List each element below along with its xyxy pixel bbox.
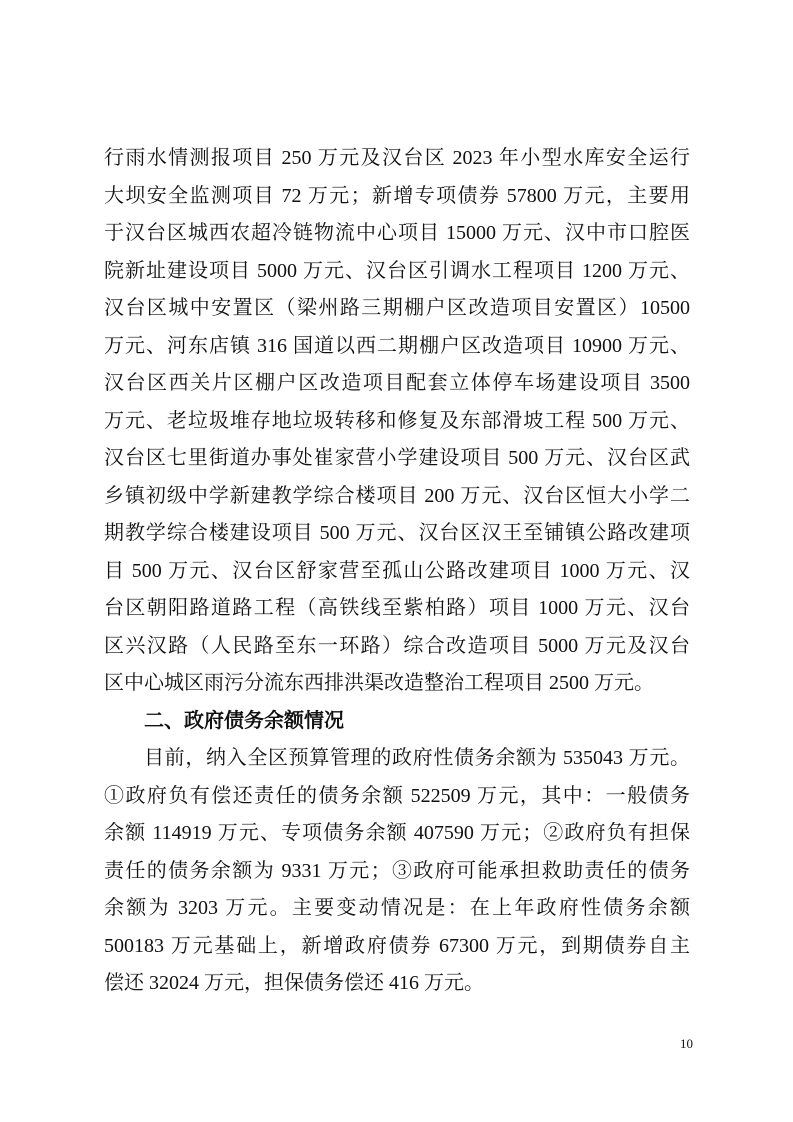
body-line: 余额为 3203 万元。主要变动情况是：在上年政府性债务余额 (104, 890, 690, 928)
body-line: 余额 114919 万元、专项债务余额 407590 万元；②政府负有担保 (104, 815, 690, 853)
body-line: 区兴汉路（人民路至东一环路）综合改造项目 5000 万元及汉台 (104, 628, 690, 666)
document-page: 行雨水情测报项目 250 万元及汉台区 2023 年小型水库安全运行 大坝安全监… (0, 0, 793, 1122)
body-line: 目 500 万元、汉台区舒家营至孤山公路改建项目 1000 万元、汉 (104, 553, 690, 591)
section-heading: 二、政府债务余额情况 (104, 703, 690, 741)
body-line: 汉台区西关片区棚户区改造项目配套立体停车场建设项目 3500 (104, 365, 690, 403)
body-line: 台区朝阳路道路工程（高铁线至紫柏路）项目 1000 万元、汉台 (104, 590, 690, 628)
body-line: 万元、河东店镇 316 国道以西二期棚户区改造项目 10900 万元、 (104, 328, 690, 366)
body-line: 汉台区七里街道办事处崔家营小学建设项目 500 万元、汉台区武 (104, 440, 690, 478)
page-number: 10 (680, 1036, 693, 1052)
body-line: 院新址建设项目 5000 万元、汉台区引调水工程项目 1200 万元、 (104, 253, 690, 291)
body-line: 汉台区城中安置区（梁州路三期棚户区改造项目安置区）10500 (104, 290, 690, 328)
body-line: 期教学综合楼建设项目 500 万元、汉台区汉王至铺镇公路改建项 (104, 515, 690, 553)
body-line: 万元、老垃圾堆存地垃圾转移和修复及东部滑坡工程 500 万元、 (104, 403, 690, 441)
body-line: 区中心城区雨污分流东西排洪渠改造整治工程项目 2500 万元。 (104, 665, 690, 703)
document-body: 行雨水情测报项目 250 万元及汉台区 2023 年小型水库安全运行 大坝安全监… (104, 140, 690, 1003)
body-line: 大坝安全监测项目 72 万元；新增专项债券 57800 万元，主要用 (104, 178, 690, 216)
body-line: 责任的债务余额为 9331 万元；③政府可能承担救助责任的债务 (104, 853, 690, 891)
body-line: ①政府负有偿还责任的债务余额 522509 万元，其中：一般债务 (104, 778, 690, 816)
body-line: 行雨水情测报项目 250 万元及汉台区 2023 年小型水库安全运行 (104, 140, 690, 178)
body-line: 目前，纳入全区预算管理的政府性债务余额为 535043 万元。 (104, 740, 690, 778)
body-line: 于汉台区城西农超冷链物流中心项目 15000 万元、汉中市口腔医 (104, 215, 690, 253)
body-line: 500183 万元基础上，新增政府债券 67300 万元，到期债券自主 (104, 928, 690, 966)
body-line: 乡镇初级中学新建教学综合楼项目 200 万元、汉台区恒大小学二 (104, 478, 690, 516)
body-line: 偿还 32024 万元，担保债务偿还 416 万元。 (104, 965, 690, 1003)
